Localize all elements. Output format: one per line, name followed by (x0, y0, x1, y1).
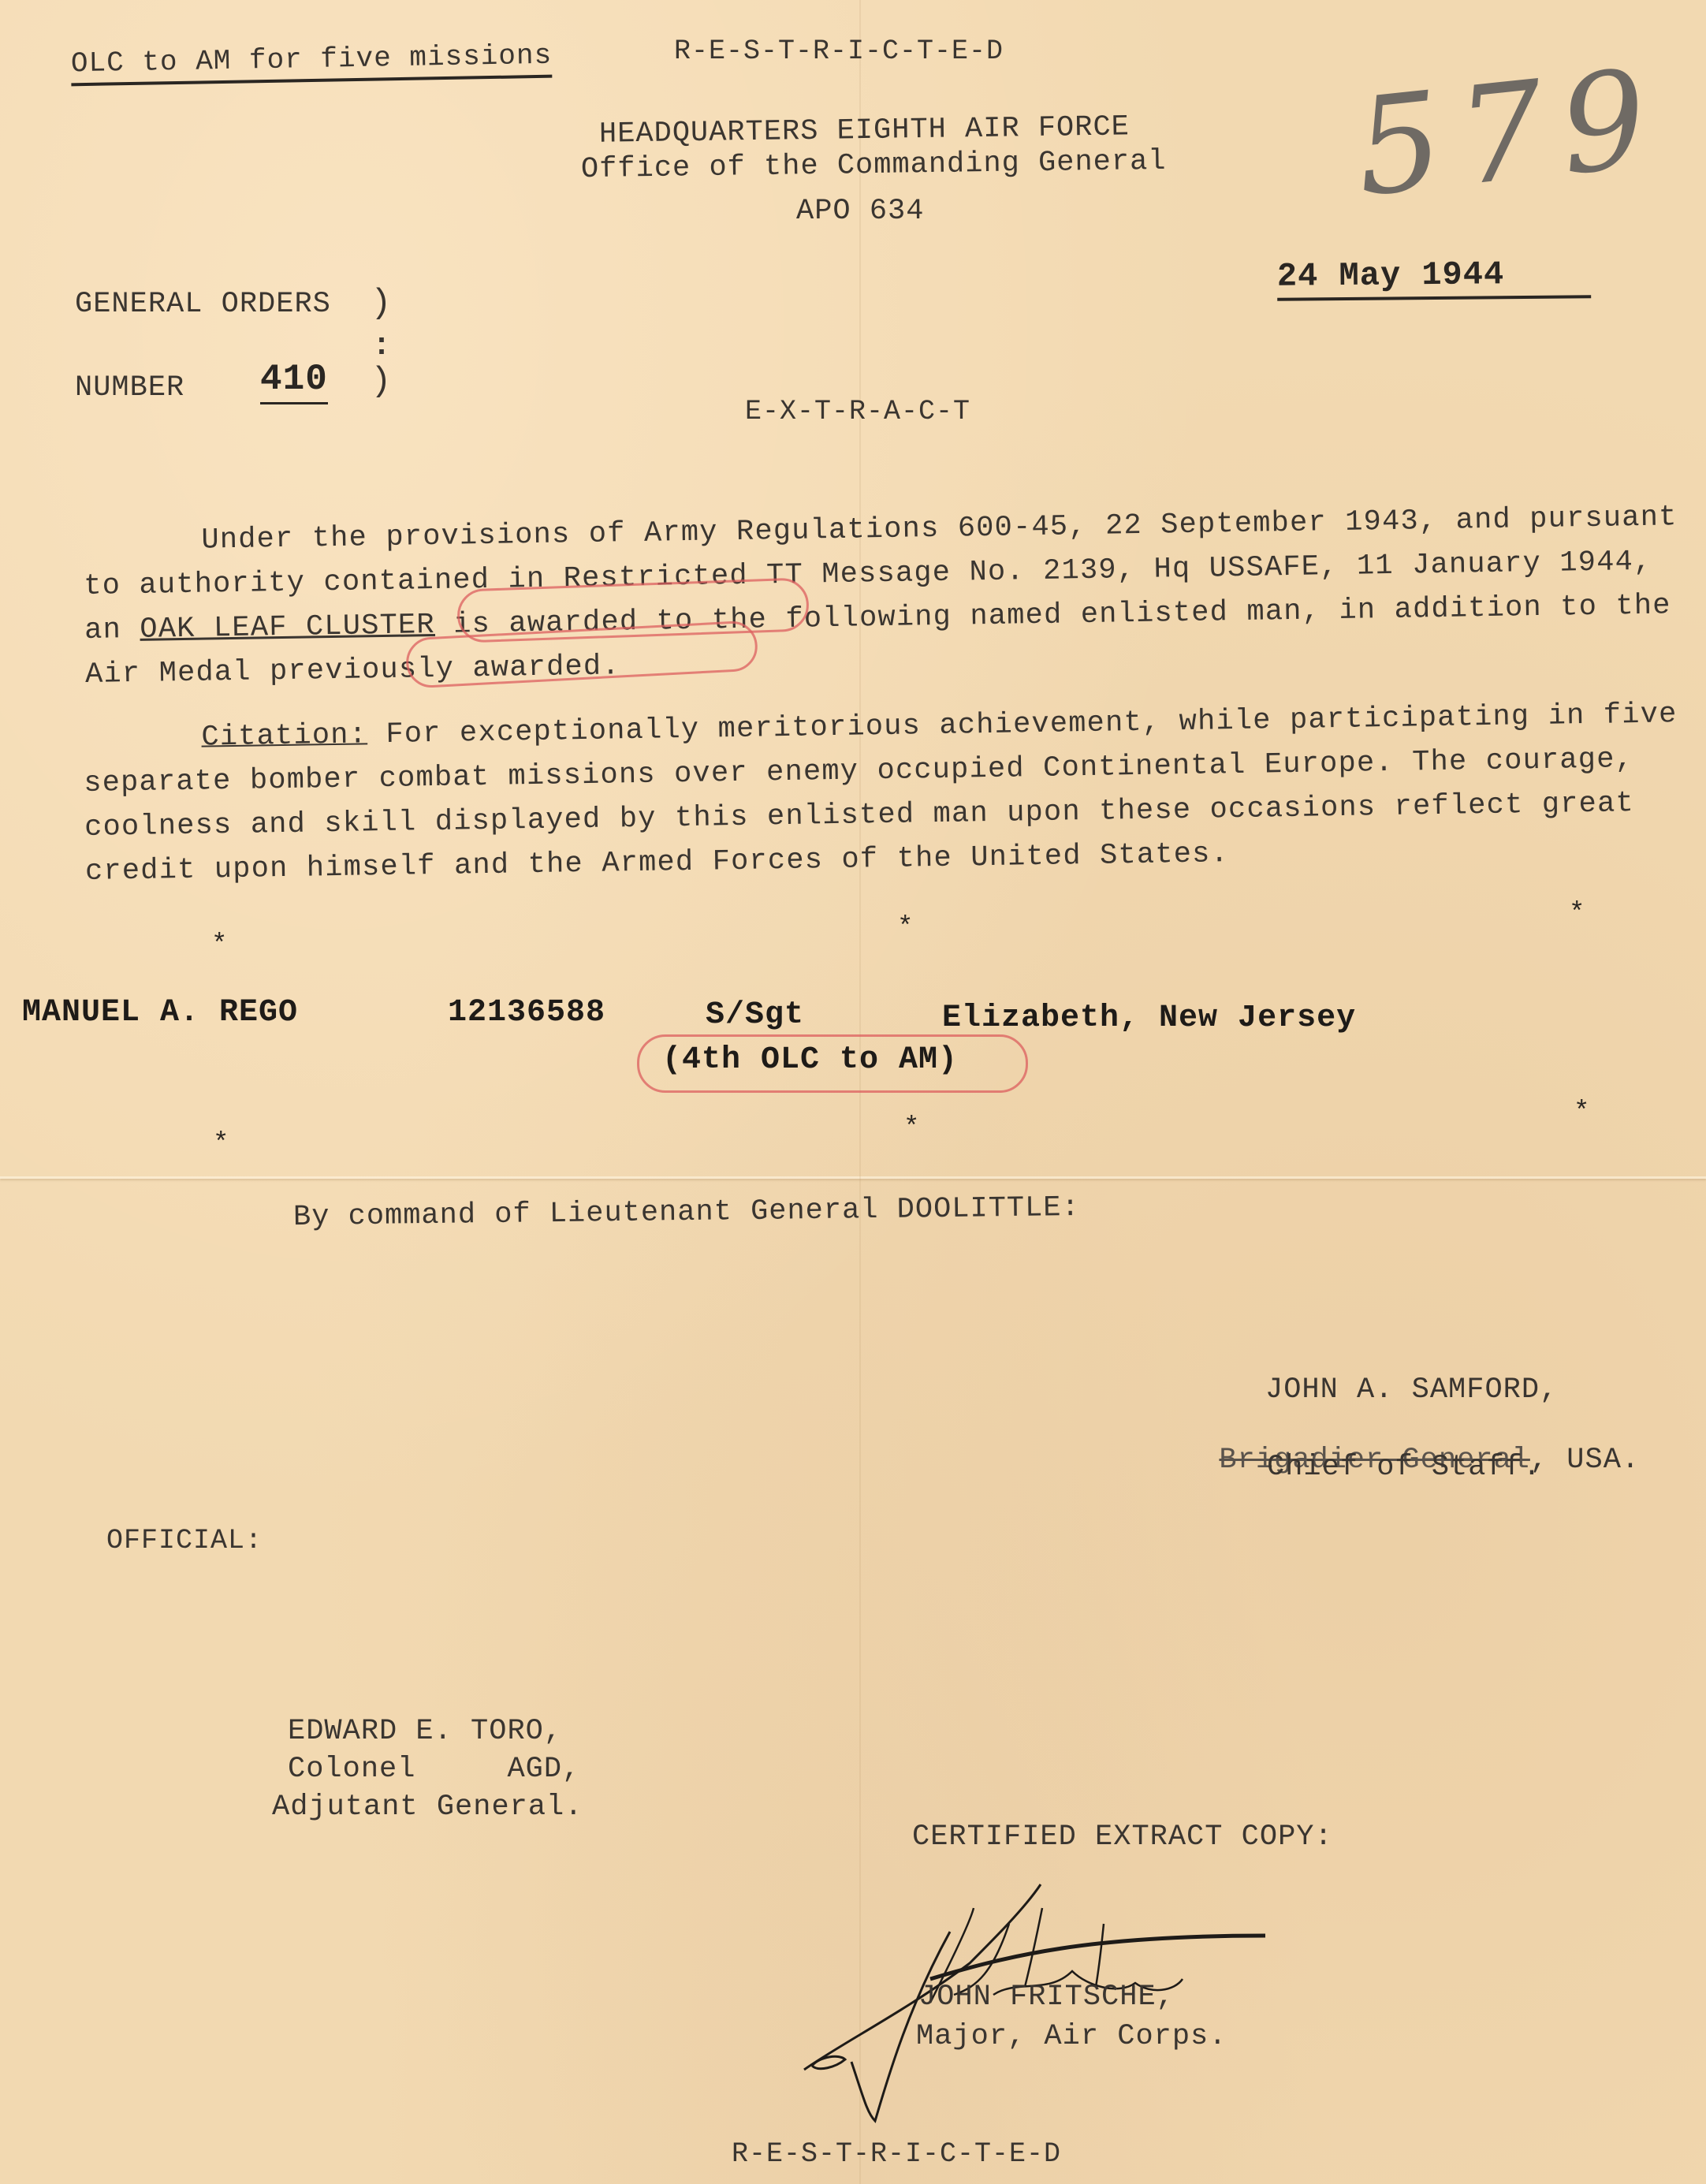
classification-bottom: R-E-S-T-R-I-C-T-E-D (732, 2141, 1061, 2168)
brace-top: ) (371, 286, 392, 321)
recipient-rank: S/Sgt (706, 1000, 804, 1031)
adjutant-name: EDWARD E. TORO, (288, 1717, 562, 1746)
separator-star: * (213, 1129, 229, 1159)
adjutant-title: Adjutant General. (272, 1793, 583, 1822)
handwritten-file-number: 579 (1349, 39, 1671, 227)
authority-paragraph: Under the provisions of Army Regulations… (83, 495, 1701, 697)
citation-paragraph: Citation: For exceptionally meritorious … (83, 692, 1701, 894)
extract-title: E-X-T-R-A-C-T (745, 398, 970, 426)
separator-star: * (1569, 899, 1585, 929)
recipient-name: MANUEL A. REGO (22, 997, 298, 1029)
official-label: OFFICIAL: (106, 1527, 263, 1555)
general-orders-label: GENERAL ORDERS (75, 290, 331, 319)
citation-label: Citation: (201, 718, 367, 754)
chief-of-staff-title: Chief of Staff. (1267, 1453, 1541, 1482)
header-line3: APO 634 (796, 197, 924, 226)
indent (84, 548, 202, 550)
header-line1: HEADQUARTERS EIGHTH AIR FORCE (599, 113, 1130, 149)
certified-label: CERTIFIED EXTRACT COPY: (912, 1823, 1333, 1852)
order-date: 24 May 1944 (1277, 257, 1592, 300)
number-label: NUMBER (75, 374, 184, 403)
recipient-serial: 12136588 (448, 997, 605, 1029)
certifying-officer-rank: Major, Air Corps. (916, 2022, 1227, 2052)
recipient-hometown: Elizabeth, New Jersey (942, 1003, 1356, 1034)
separator-star: * (897, 913, 913, 943)
certifying-officer-name: JOHN FRITSCHE, (918, 1983, 1175, 2012)
chief-of-staff-name: JOHN A. SAMFORD, (1265, 1376, 1558, 1405)
paper-crease (0, 1176, 1706, 1179)
brace-mid: : (372, 331, 392, 363)
separator-star: * (211, 930, 227, 960)
separator-star: * (1574, 1098, 1589, 1127)
brace-bottom: ) (371, 364, 392, 399)
award-name: OAK LEAF CLUSTER (140, 609, 435, 647)
subject-note: OLC to AM for five missions (71, 42, 553, 87)
indent (84, 745, 202, 747)
command-line: By command of Lieutenant General DOOLITT… (293, 1194, 1080, 1232)
adjutant-rank: Colonel AGD, (288, 1755, 580, 1784)
rank-suffix: , USA. (1530, 1444, 1640, 1477)
red-pencil-circle-note (637, 1034, 1028, 1093)
header-line2: Office of the Commanding General (581, 147, 1167, 184)
order-number: 410 (260, 361, 328, 404)
classification-top: R-E-S-T-R-I-C-T-E-D (674, 38, 1004, 65)
separator-star: * (903, 1113, 919, 1143)
